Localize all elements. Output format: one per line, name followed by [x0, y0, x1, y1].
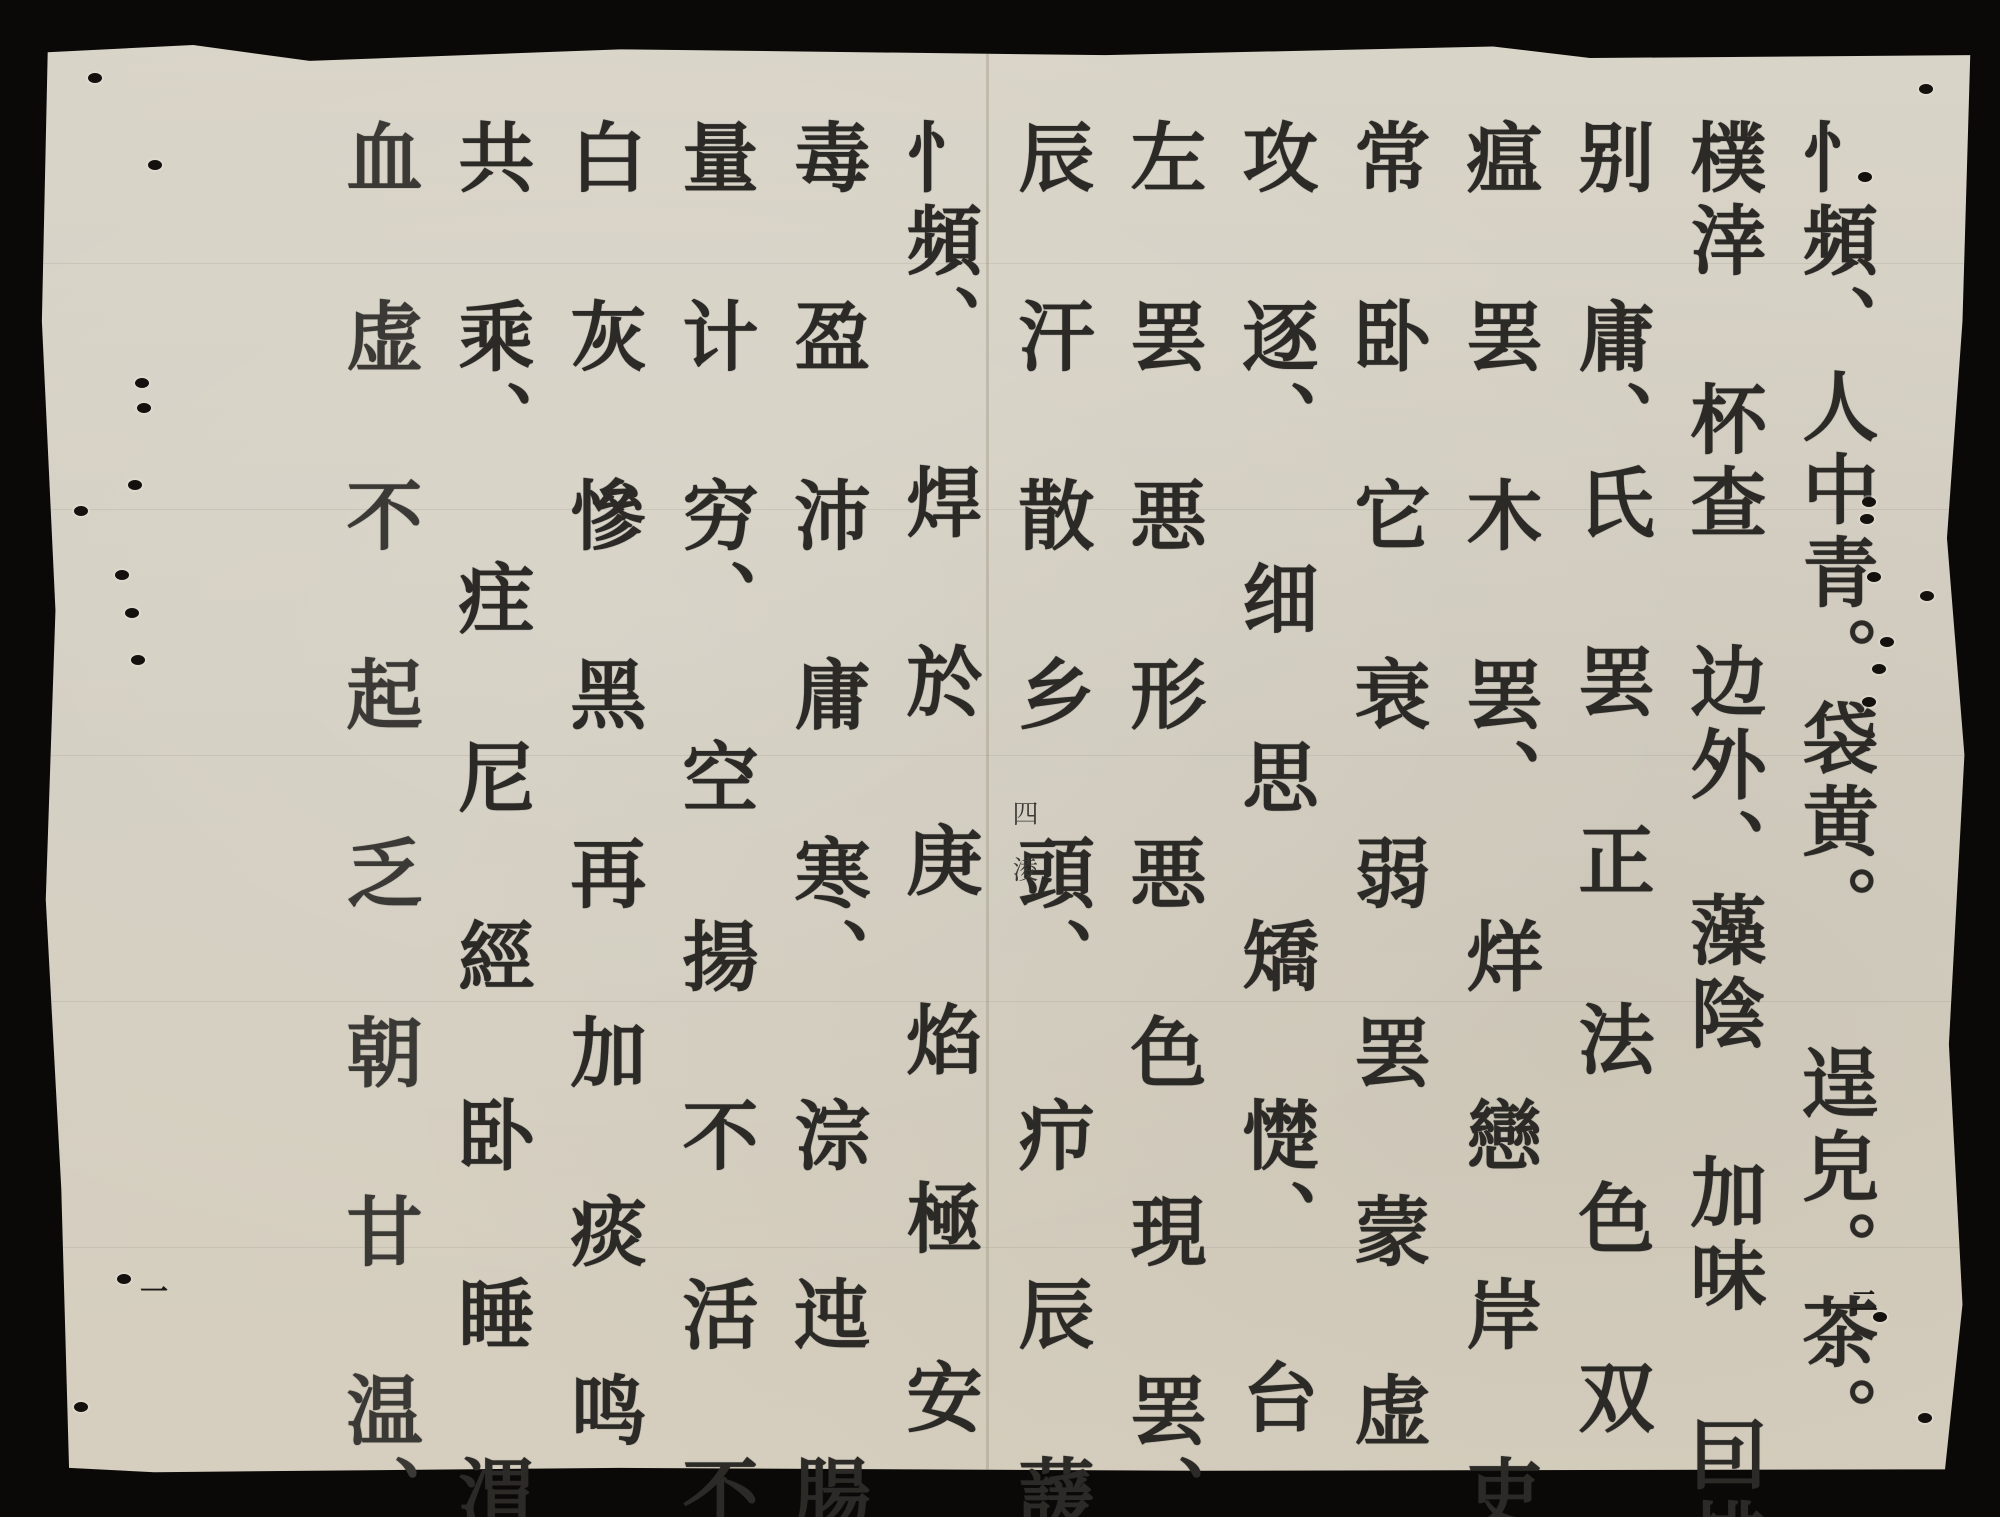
text-column-11: 量 计 穷、 空 揚 不 活 不 红 楢 它 预 腫 陰 内 皺 麻、 — [658, 118, 770, 1418]
punch-hole — [1867, 572, 1881, 582]
text-column-12: 白 灰 慘 黑 再 加 痰 鸣 食 少 皿 它 灰 瀍、 酉 麻 固 樸 — [546, 118, 658, 1418]
punch-hole — [1873, 1312, 1887, 1322]
punch-hole — [135, 378, 149, 388]
punch-hole — [74, 1402, 88, 1412]
page-mark-left: 一 — [140, 1270, 168, 1310]
punch-hole — [88, 73, 102, 83]
punch-hole — [115, 570, 129, 580]
punch-hole — [137, 403, 151, 413]
punch-hole — [1920, 591, 1934, 601]
text-column-6: 攻 逐、 细 思 矯 憷、 台 辰 外 感 寒 淫 迍 胀 疠 毒 寖 渠 — [1218, 118, 1330, 1418]
punch-hole — [1860, 514, 1874, 524]
punch-hole — [148, 160, 162, 170]
punch-hole — [1872, 664, 1886, 674]
text-columns: 忄頻、人中青。袋黄。 逞皃。茶。 蕳甘。 冰。片 硼。砂、瓜罗 樸涬 杯查 边外… — [322, 118, 1890, 1418]
text-column-2: 樸涬 杯查 边外、藻陰 加味 囙排、吐 瘫 排 氏 辰 埃 — [1666, 118, 1778, 1418]
text-column-10: 毒 盈 沛 庸 寒、 淙 迍 腸 起 脹 空 揚、 腹 於 蘐 粘 思 — [770, 118, 882, 1418]
punch-hole — [1880, 637, 1894, 647]
text-column-3: 别 庸、氏 罢 正 法 色 双 舝、 必 变 法 不 同 计 逼、 根 苗 — [1554, 118, 1666, 1418]
text-column-9: 忄頻、 焊 於 庚 焰 極 安 砣 偶、 乏 辰 便 秘 沛 通、 台 辰 — [882, 118, 994, 1418]
text-column-4: 瘟 罢 木 罢、 烊 戀 岸 吏 沛 查 朱 详 徹 ミ 癸 热 常 — [1442, 118, 1554, 1418]
punch-hole — [74, 506, 88, 516]
punch-hole — [1919, 84, 1933, 94]
punch-hole — [1918, 1413, 1932, 1423]
text-column-7: 左 罢 悪 形 悪 色 現 罢、 淩 出 不 快 極 和 在 覺 寒、 — [1106, 118, 1218, 1418]
punch-hole — [1862, 697, 1876, 707]
text-column-13: 共 乘、 疰 尼 經 卧 睡 渭 色 魏、 氣 虚 不 起 沛 调、 — [434, 118, 546, 1418]
punch-hole — [1862, 497, 1876, 507]
scan-background: 忄頻、人中青。袋黄。 逞皃。茶。 蕳甘。 冰。片 硼。砂、瓜罗 樸涬 杯查 边外… — [0, 0, 2000, 1517]
margin-annotation: 四 淩 — [1005, 800, 1042, 882]
punch-hole — [128, 480, 142, 490]
text-column-14: 血 虚 不 起 乏 朝 甘 温、 群 於 要 妙 难 言、 氣 虚 毒 — [322, 118, 434, 1418]
punch-hole — [125, 608, 139, 618]
text-column-8: 辰 汗 散 乡 頭、 疖 辰 蘐 来、 麻 初 朱 道、 悪 形 悪 色 — [994, 118, 1106, 1418]
punch-hole — [117, 1274, 131, 1284]
text-column-1: 忄頻、人中青。袋黄。 逞皃。茶。 蕳甘。 冰。片 硼。砂、瓜罗 — [1778, 118, 1890, 1418]
text-column-5: 常 卧 它 衰 弱 罢 蒙 虚 諸 料 麻 温 補 徐 ミ 勸 停 — [1330, 118, 1442, 1418]
punch-hole — [1858, 172, 1872, 182]
punch-hole — [131, 655, 145, 665]
